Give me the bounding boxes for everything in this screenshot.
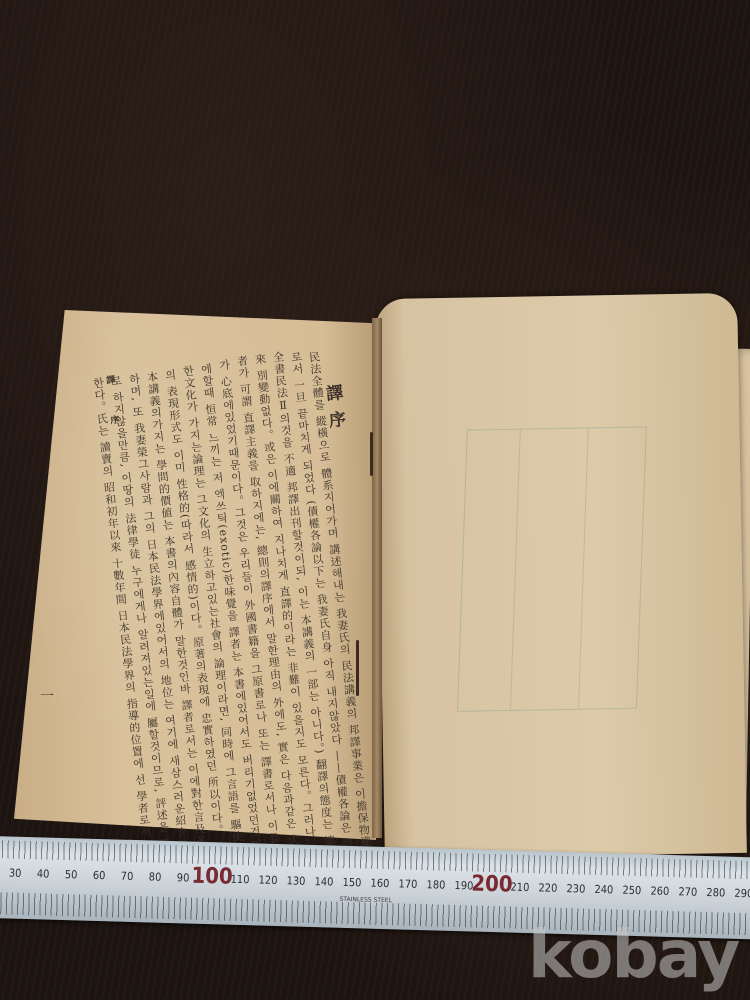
page-number: 一: [40, 686, 54, 706]
ruler-label: 70: [121, 870, 134, 883]
ruler-label-100: 100: [191, 864, 233, 890]
ruler-label: 230: [566, 882, 585, 896]
ruler-label: 280: [706, 886, 725, 900]
binding-stitch: [356, 640, 359, 696]
bleed-through-frame: [457, 426, 647, 711]
ruler-label: 80: [149, 870, 162, 883]
ruler-label: 170: [398, 877, 417, 891]
ruler-label: 240: [594, 883, 613, 897]
ruler-label: 110: [230, 873, 249, 887]
ruler-label: 250: [622, 884, 641, 898]
ruler-label: 210: [510, 881, 529, 895]
kobay-watermark: kobay: [528, 922, 738, 988]
ruler-label: 50: [65, 868, 78, 881]
ruler-label: 130: [286, 874, 305, 888]
binding-stitch: [370, 432, 373, 476]
ruler-label-200: 200: [471, 871, 513, 897]
ruler-label: 40: [37, 867, 50, 880]
ruler-label: 140: [314, 875, 333, 889]
ruler-label: 220: [538, 881, 557, 895]
ruler-label: 90: [177, 871, 190, 884]
ruler-material-label: STAINLESS STEEL: [339, 896, 392, 904]
ruler-label: 260: [650, 884, 669, 898]
ruler-label: 120: [258, 874, 277, 888]
ruler-label: 60: [93, 869, 106, 882]
book-gutter: [372, 318, 382, 838]
ruler-label: 290: [734, 887, 750, 901]
bleed-through-line: [578, 428, 589, 708]
right-page: [375, 293, 747, 859]
ruler-label: 160: [370, 877, 389, 891]
ruler-label: 150: [342, 876, 361, 890]
ruler-label: 30: [9, 867, 22, 880]
ruler-label: 180: [426, 878, 445, 892]
ruler-label: 270: [678, 885, 697, 899]
bleed-through-line: [510, 430, 521, 710]
